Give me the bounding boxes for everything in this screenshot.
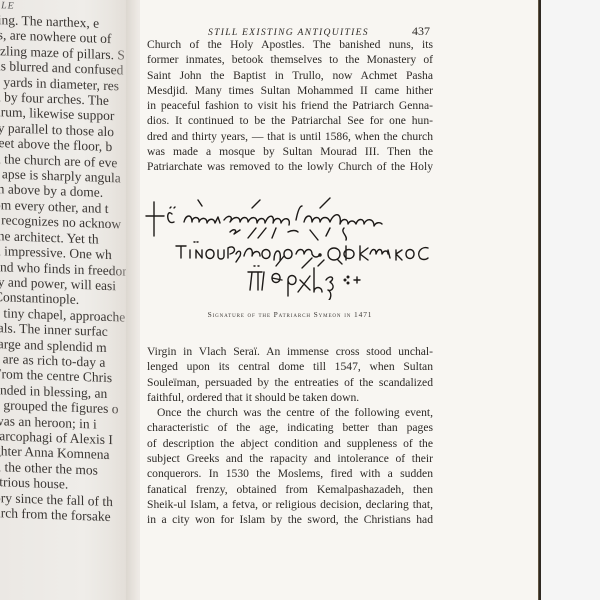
text-line: Virgin in Vlach Seraï. An immense cross … [147, 344, 433, 359]
text-line: Patriarchate was removed to the lowly Ch… [147, 159, 433, 174]
text-line: in peaceful fashion to visit his friend … [147, 98, 433, 113]
text-line: former inmates, betook themselves to the… [147, 52, 433, 67]
text-line: subject Greeks and the rapacity and into… [147, 451, 433, 466]
text-line: Souleïman, persuaded by the entreaties o… [147, 375, 433, 390]
background-surface [541, 0, 600, 600]
right-page: STILL EXISTING ANTIQUITIES 437 Church of… [140, 0, 540, 600]
text-line: Once the church was the centre of the fo… [147, 405, 433, 420]
text-line: characteristic of the age, indicating be… [147, 420, 433, 435]
left-page: PLE ling. The narthex, e ls, are nowhere… [0, 0, 140, 600]
text-line: dred and thirty years, — that is until 1… [147, 129, 433, 144]
text-line: Mesdjid. Many times Sultan Mohammed II c… [147, 83, 433, 98]
text-line: fanatical frenzy, obtained from Kemalpas… [147, 482, 433, 497]
text-line: Saint John the Baptist in Trullo, now Ac… [147, 68, 433, 83]
text-line: dios. It continued to be the Patriarchal… [147, 113, 433, 128]
text-line: Church of the Holy Apostles. The banishe… [147, 37, 433, 52]
text-line: lenged upon its central dome till 1547, … [147, 359, 433, 374]
paragraph-1: Church of the Holy Apostles. The banishe… [147, 37, 433, 175]
text-line: Sheik-ul Islam, a fetva, or religious de… [147, 497, 433, 512]
patriarch-signature-figure [140, 188, 440, 300]
text-line: conquerors. In 1530 the Moslems, fired w… [147, 466, 433, 481]
text-line: faithful, ordered that it should be take… [147, 390, 433, 405]
text-line: in a city won for Islam by the sword, th… [147, 512, 433, 527]
text-line: of description the abject condition and … [147, 436, 433, 451]
figure-caption: Signature of the Patriarch Symeon in 147… [140, 310, 440, 319]
book-photo: PLE ling. The narthex, e ls, are nowhere… [0, 0, 600, 600]
paragraph-2: Virgin in Vlach Seraï. An immense cross … [147, 344, 433, 528]
text-line: was made a mosque by Sultan Mourad III. … [147, 144, 433, 159]
